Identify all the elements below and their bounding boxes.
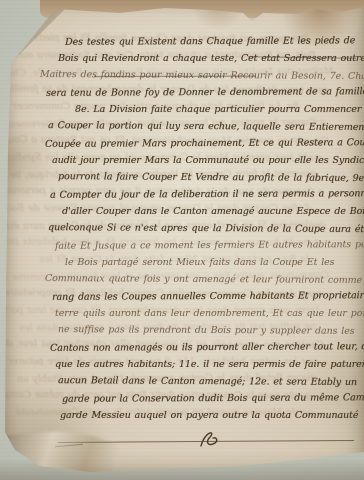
manuscript-photo: Des testes qui Existent dans Chaque fami…	[0, 0, 364, 480]
manuscript-line: aucun Betail dans le Canton amenagé; 12e…	[58, 372, 358, 391]
manuscript-line: a Couper la portion qui luy sera echue, …	[48, 117, 358, 136]
manuscript-line: quelconque Si ce n'est apres que la Divi…	[48, 219, 358, 238]
manuscript-line: Des testes qui Existent dans Chaque fami…	[65, 32, 358, 51]
manuscript-line: garde pour la Conservation dudit Bois qu…	[62, 389, 358, 408]
manuscript-line: Bois qui Reviendront a chaque teste, Cet…	[58, 50, 358, 67]
manuscript-line: Maitres des fondins pour mieux savoir Re…	[40, 66, 358, 85]
manuscript-line: a Compter du jour de la deliberation il …	[50, 185, 358, 204]
manuscript-line: que les autres habitants; 11e. il ne ser…	[55, 356, 358, 373]
manuscript-line: garde Messieu auquel on payera outre la …	[60, 407, 358, 424]
manuscript-line: 8e. La Division faite chaque particulier…	[75, 101, 358, 118]
manuscript-line: Coupée au premier Mars prochainement, Et…	[45, 134, 358, 153]
manuscript-line: faite Et Jusque a ce moment les fermiers…	[55, 236, 358, 255]
manuscript-line: d'aller Couper dans le Canton amenagé au…	[62, 203, 358, 220]
manuscript-line: pourront la faire Couper Et Vendre au pr…	[58, 168, 358, 187]
paper-sheet: Des testes qui Existent dans Chaque fami…	[0, 0, 364, 480]
paraph-flourish	[196, 428, 222, 454]
manuscript-line: audit jour premier Mars la Communauté ou…	[52, 152, 358, 169]
manuscript-line: ne suffise pas ils prendront du Bois pou…	[58, 321, 358, 340]
manuscript-line: terre quils auront dans leur denombremen…	[55, 305, 358, 322]
manuscript-line: rang dans les Coupes annuelles Comme hab…	[52, 287, 358, 306]
manuscript-line: Cantons non amenagés ou ils pourront all…	[50, 338, 358, 357]
manuscript-line: Communaux quatre fois y ont amenagé et l…	[45, 270, 358, 289]
manuscript-text-block: Des testes qui Existent dans Chaque fami…	[40, 33, 358, 424]
manuscript-line: sera tenu de Bonne foy de Donner le deno…	[46, 83, 358, 102]
manuscript-line: le Bois partagé seront Mieux faits dans …	[65, 254, 358, 271]
